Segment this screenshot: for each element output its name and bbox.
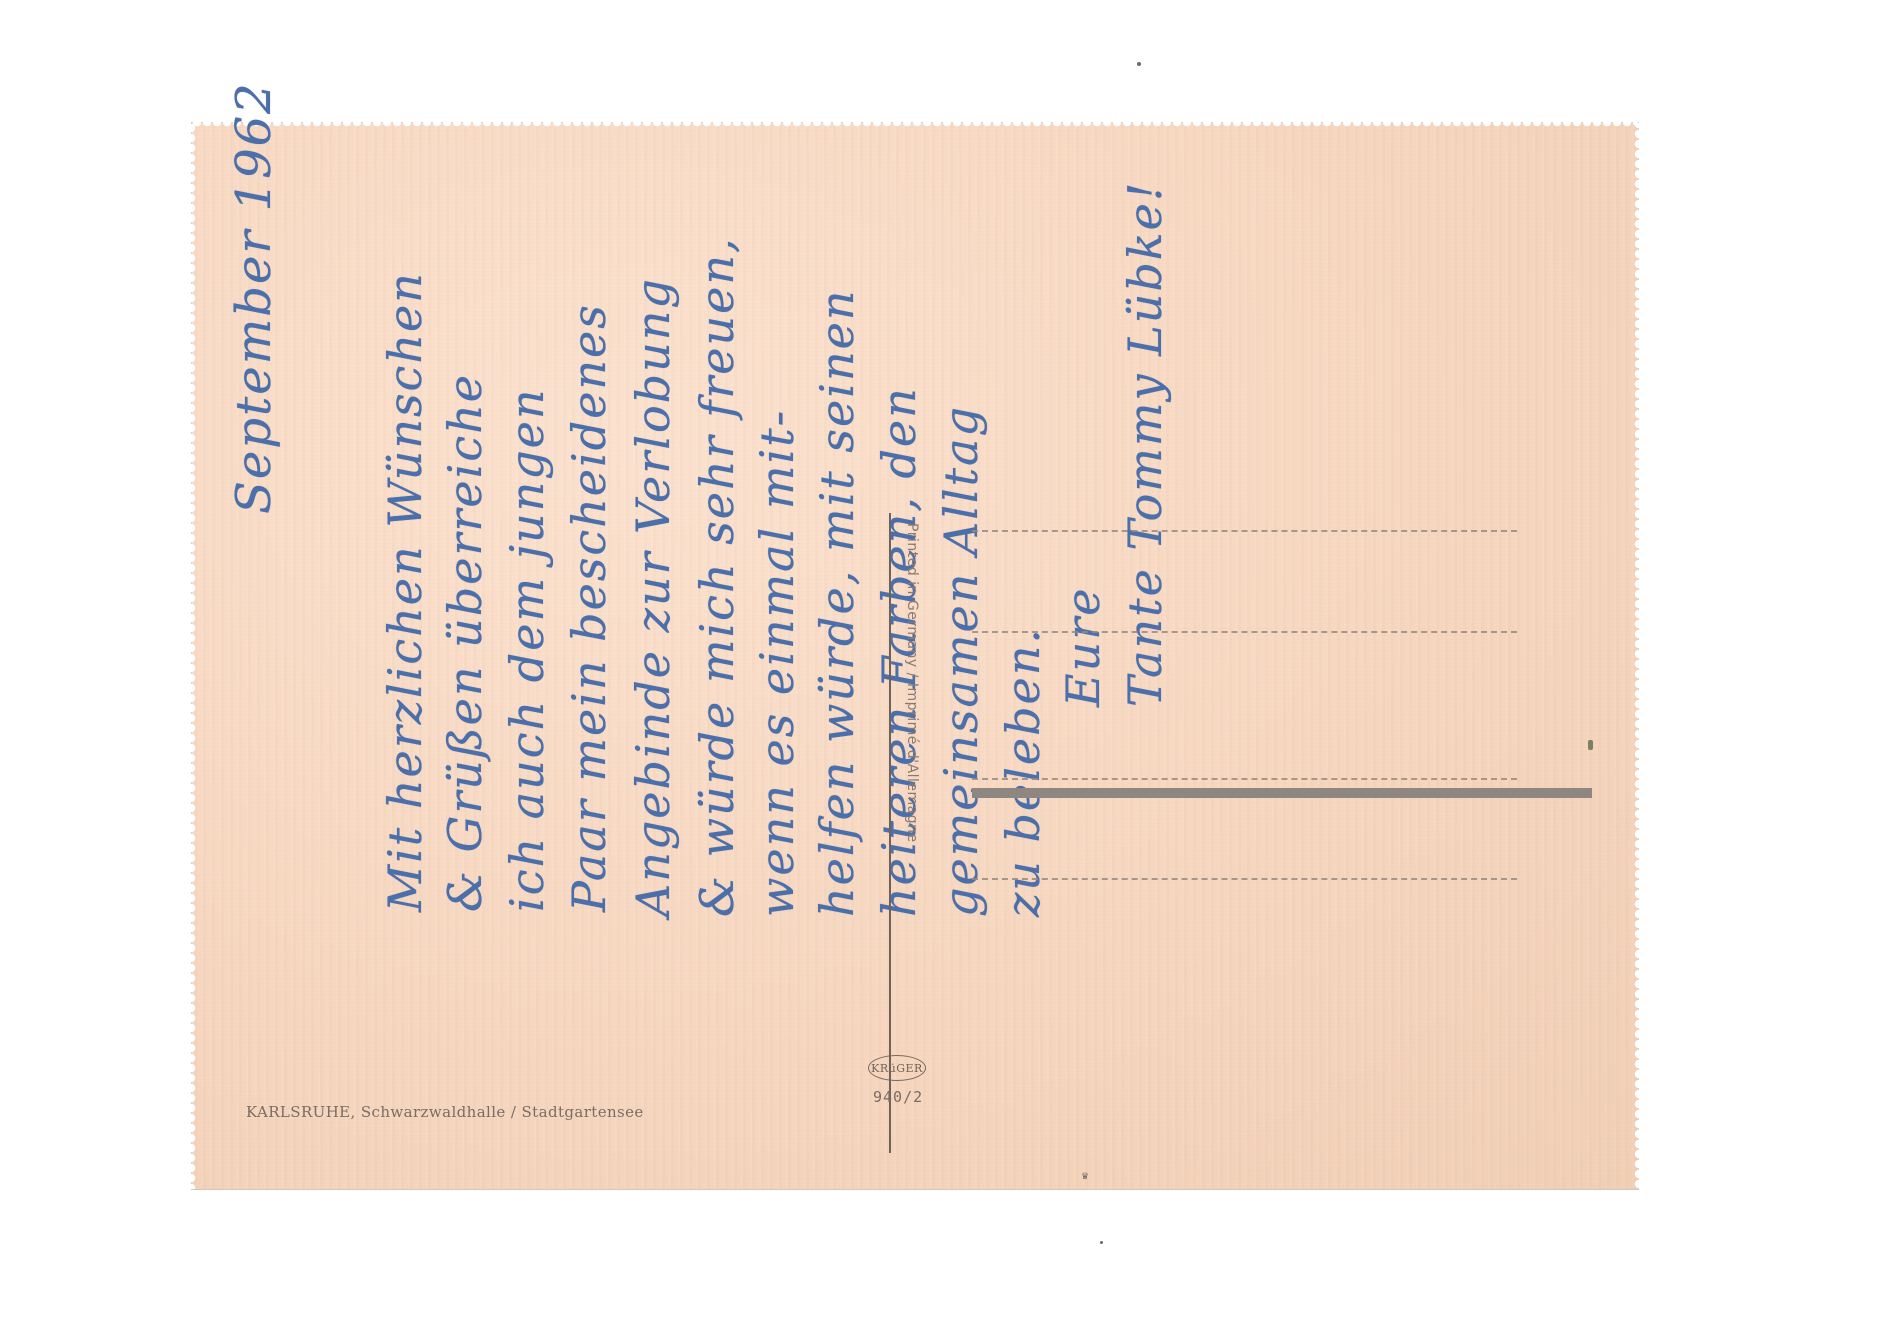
- publisher-logo: KRüGER: [868, 1055, 926, 1081]
- handwritten-line: Mit herzlichen Wünschen: [378, 271, 432, 912]
- card-number: 940/2: [873, 1088, 923, 1106]
- handwritten-line: ich auch dem jungen: [500, 387, 554, 912]
- handwritten-line: gemeinsamen Alltag: [934, 405, 988, 917]
- handwritten-line: wenn es einmal mit-: [750, 409, 804, 917]
- stain-mark: [1588, 740, 1593, 750]
- deckle-edge-right: [1631, 123, 1639, 1189]
- handwritten-line: & Grüßen überreiche: [438, 373, 492, 912]
- handwritten-line: Paar mein bescheidenes: [562, 303, 616, 912]
- address-line: [972, 778, 1517, 780]
- address-line-bold: [972, 788, 1592, 798]
- address-line: [972, 878, 1517, 880]
- imprint-text: Printed in Germany / Imprimé d'Allemagne: [904, 523, 920, 843]
- handwritten-signature: Tante Tommy Lübke!: [1118, 181, 1172, 707]
- location-caption: KARLSRUHE, Schwarzwaldhalle / Stadtgarte…: [246, 1103, 644, 1121]
- crown-icon: ♛: [1081, 1172, 1089, 1182]
- handwritten-line: Angebinde zur Verlobung: [626, 277, 680, 917]
- handwritten-line: helfen würde, mit seinen: [810, 289, 864, 917]
- handwritten-line: & würde mich sehr freuen,: [690, 236, 744, 917]
- scan-speck: [1100, 1241, 1103, 1244]
- address-line: [972, 631, 1517, 633]
- scan-speck: [1137, 62, 1141, 66]
- handwritten-closing: Eure: [1056, 587, 1110, 707]
- address-line: [972, 530, 1517, 532]
- deckle-edge-left: [191, 123, 199, 1189]
- handwritten-date: September 1962: [226, 81, 282, 514]
- postcard-back: September 1962 Mit herzlichen Wünschen &…: [192, 123, 1638, 1189]
- handwritten-line: zu beleben.: [996, 627, 1050, 917]
